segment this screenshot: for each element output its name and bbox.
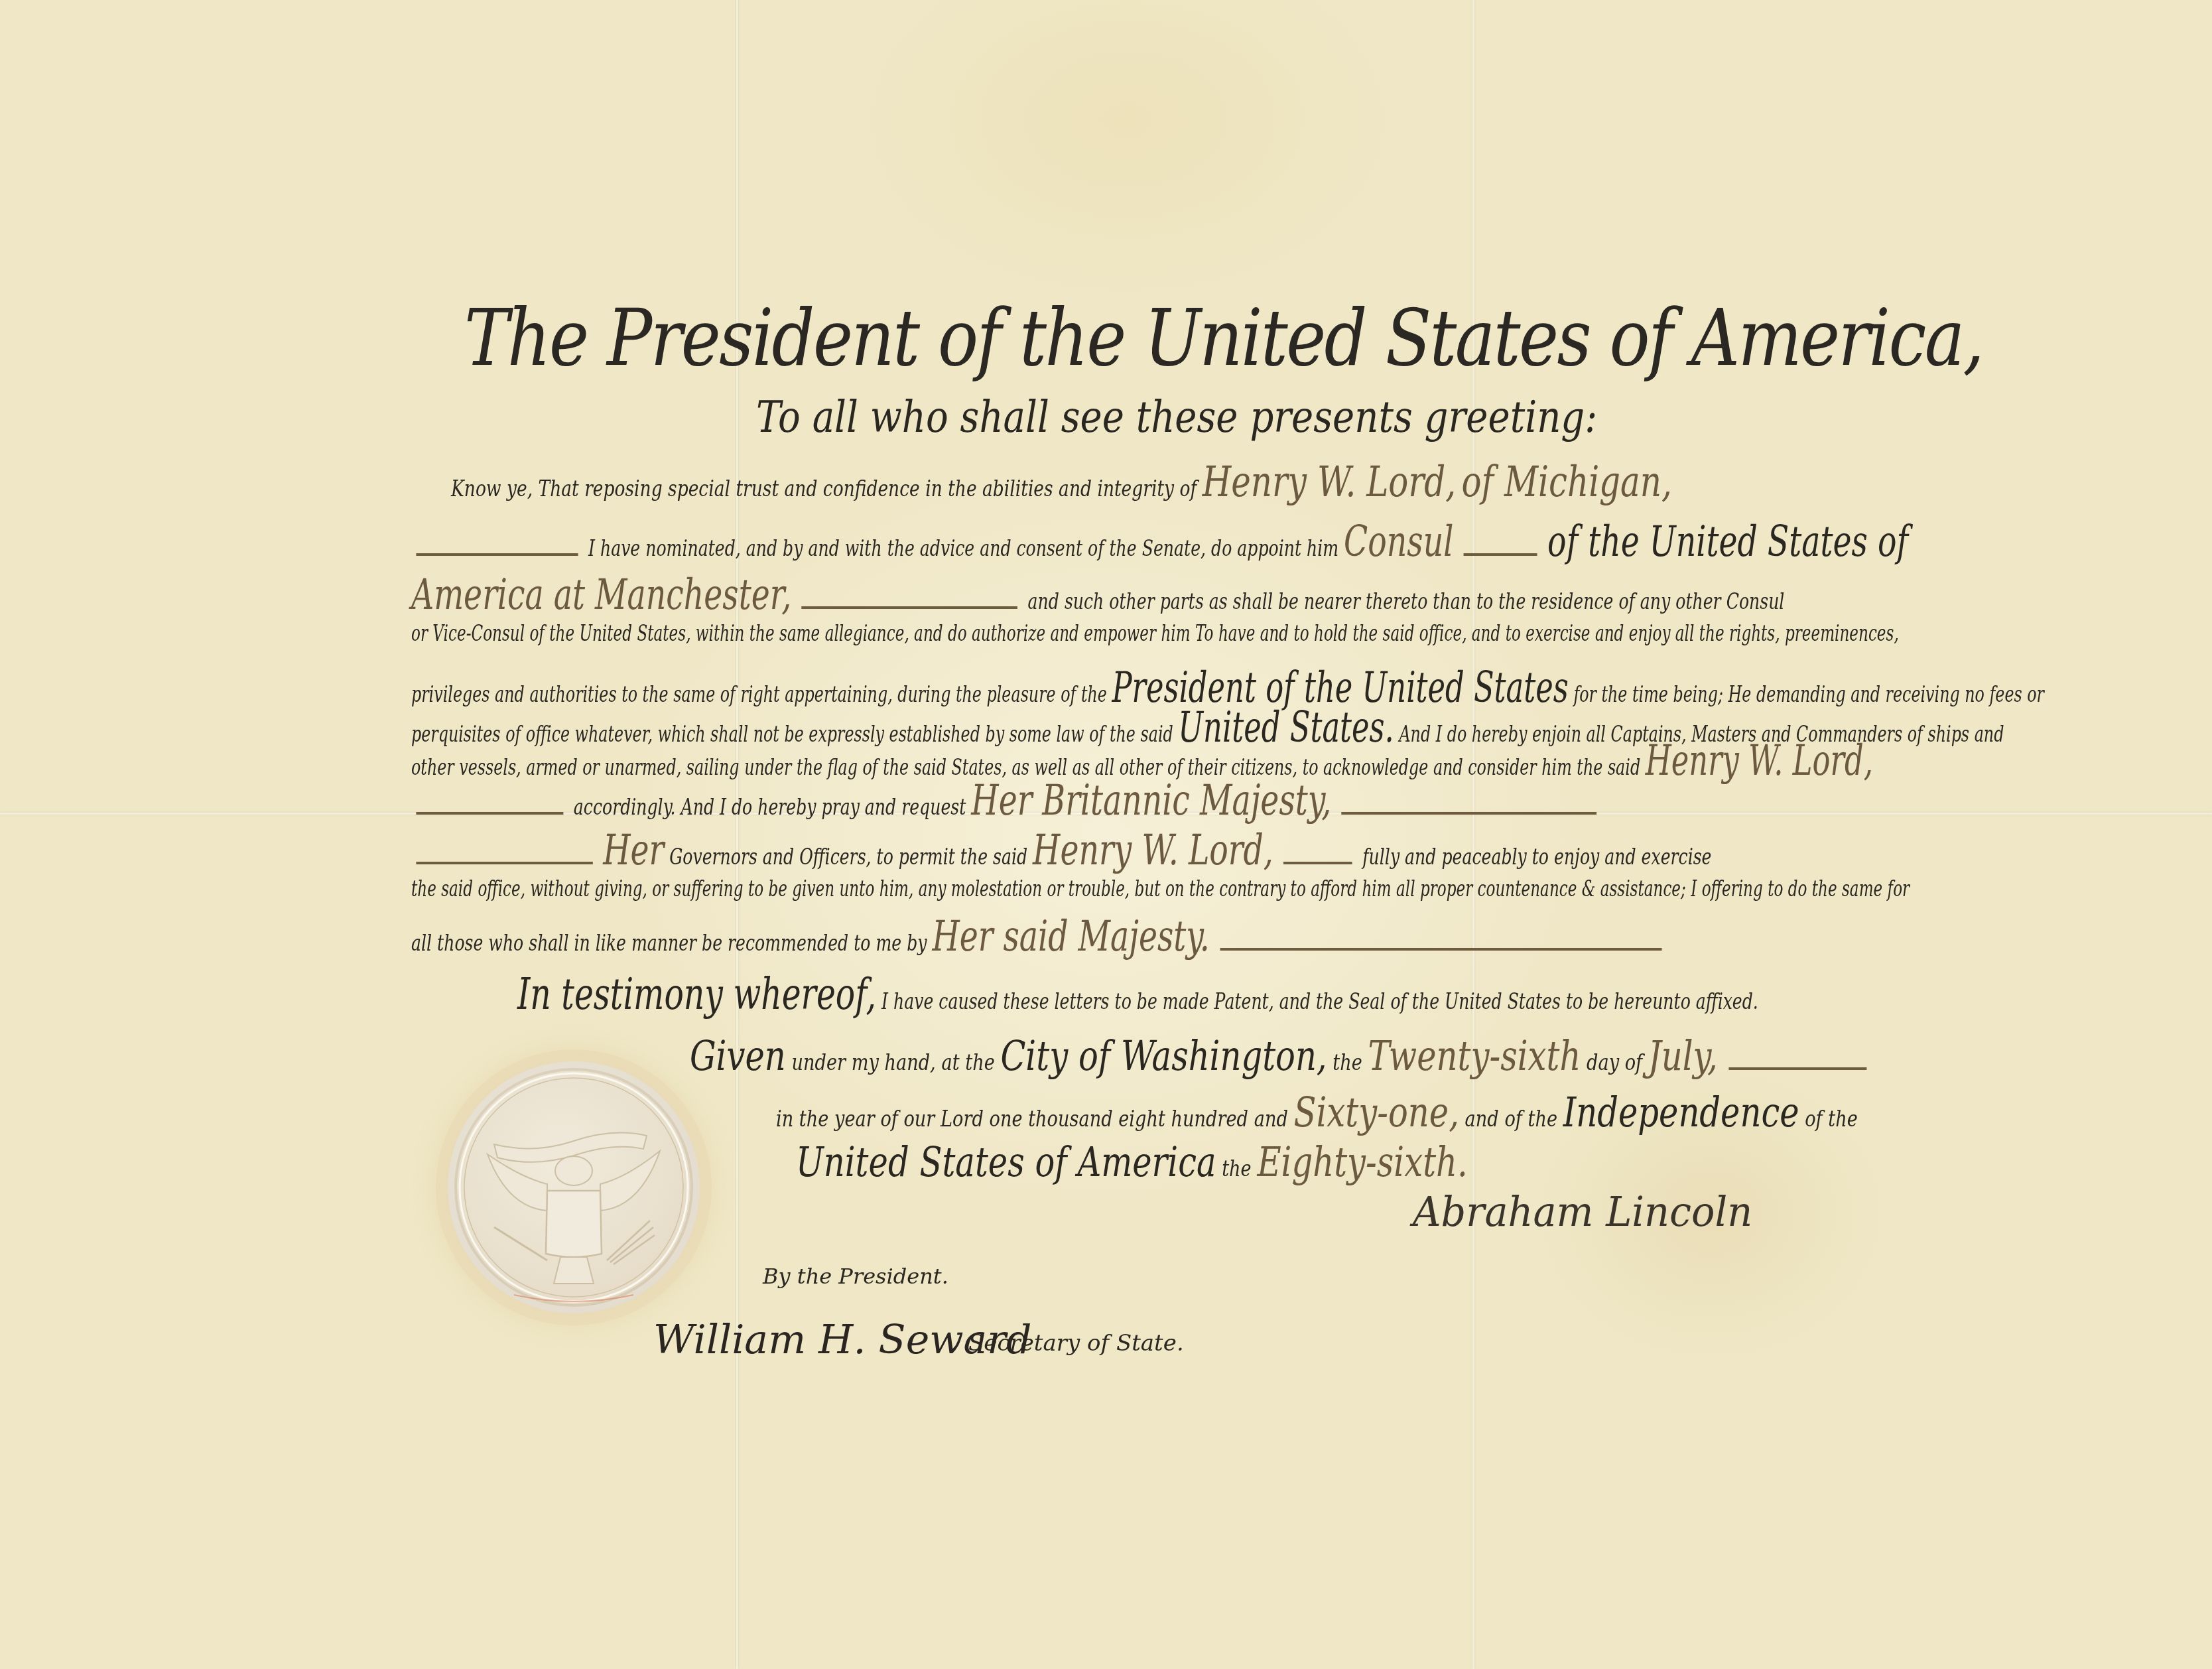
commission-document: The President of the United States of Am… bbox=[0, 0, 2212, 1669]
fill-rule bbox=[1342, 812, 1597, 815]
fill-rule bbox=[802, 606, 1018, 609]
post-location: America at Manchester, bbox=[411, 570, 791, 620]
fill-rule bbox=[416, 862, 592, 864]
body-line-1: Know ye, That reposing special trust and… bbox=[451, 458, 1672, 507]
body-line-2: I have nominated, and by and with the ad… bbox=[411, 517, 1908, 567]
independence-year-fill: Eighty-sixth. bbox=[1257, 1138, 1467, 1186]
document-title: The President of the United States of Am… bbox=[464, 292, 1983, 383]
month-fill: July, bbox=[1648, 1032, 1718, 1080]
foreign-sovereign: Her Britannic Majesty, bbox=[971, 776, 1331, 825]
body-line-8: accordingly. And I do hereby pray and re… bbox=[411, 776, 1602, 825]
independence-clause: United States of America the Eighty-sixt… bbox=[796, 1138, 1468, 1186]
appointee-state: of Michigan, bbox=[1462, 458, 1672, 507]
body-line-10: the said office, without giving, or suff… bbox=[411, 876, 1910, 902]
office-title: Consul bbox=[1344, 517, 1453, 567]
testimony-clause: In testimony whereof, I have caused thes… bbox=[517, 968, 1758, 1020]
by-the-president-label: By the President. bbox=[763, 1264, 948, 1289]
fill-rule bbox=[1728, 1067, 1866, 1070]
president-signature: Abraham Lincoln bbox=[1413, 1187, 1752, 1236]
fill-rule bbox=[1220, 948, 1661, 951]
fill-rule bbox=[416, 553, 578, 556]
eagle-seal-icon bbox=[448, 1061, 700, 1313]
eagle-seal-icon bbox=[448, 1061, 700, 1313]
body-line-4: or Vice-Consul of the United States, wit… bbox=[411, 620, 1899, 647]
fill-rule bbox=[1464, 553, 1537, 556]
body-line-3: America at Manchester, and such other pa… bbox=[411, 570, 1784, 620]
fill-rule bbox=[416, 812, 563, 815]
fill-rule bbox=[1283, 862, 1352, 864]
body-line-9: Her Governors and Officers, to permit th… bbox=[411, 826, 1712, 875]
day-fill: Twenty-sixth bbox=[1368, 1032, 1581, 1080]
secretary-title: Secretary of State. bbox=[968, 1330, 1184, 1357]
given-clause: Given under my hand, at the City of Wash… bbox=[690, 1032, 1872, 1080]
appointee-name: Henry W. Lord, bbox=[1203, 458, 1456, 507]
body-line-11: all those who shall in like manner be re… bbox=[411, 912, 1667, 961]
greeting: To all who shall see these presents gree… bbox=[756, 391, 1597, 442]
year-clause: in the year of our Lord one thousand eig… bbox=[776, 1088, 1858, 1136]
year-fill: Sixty-one, bbox=[1293, 1088, 1459, 1136]
